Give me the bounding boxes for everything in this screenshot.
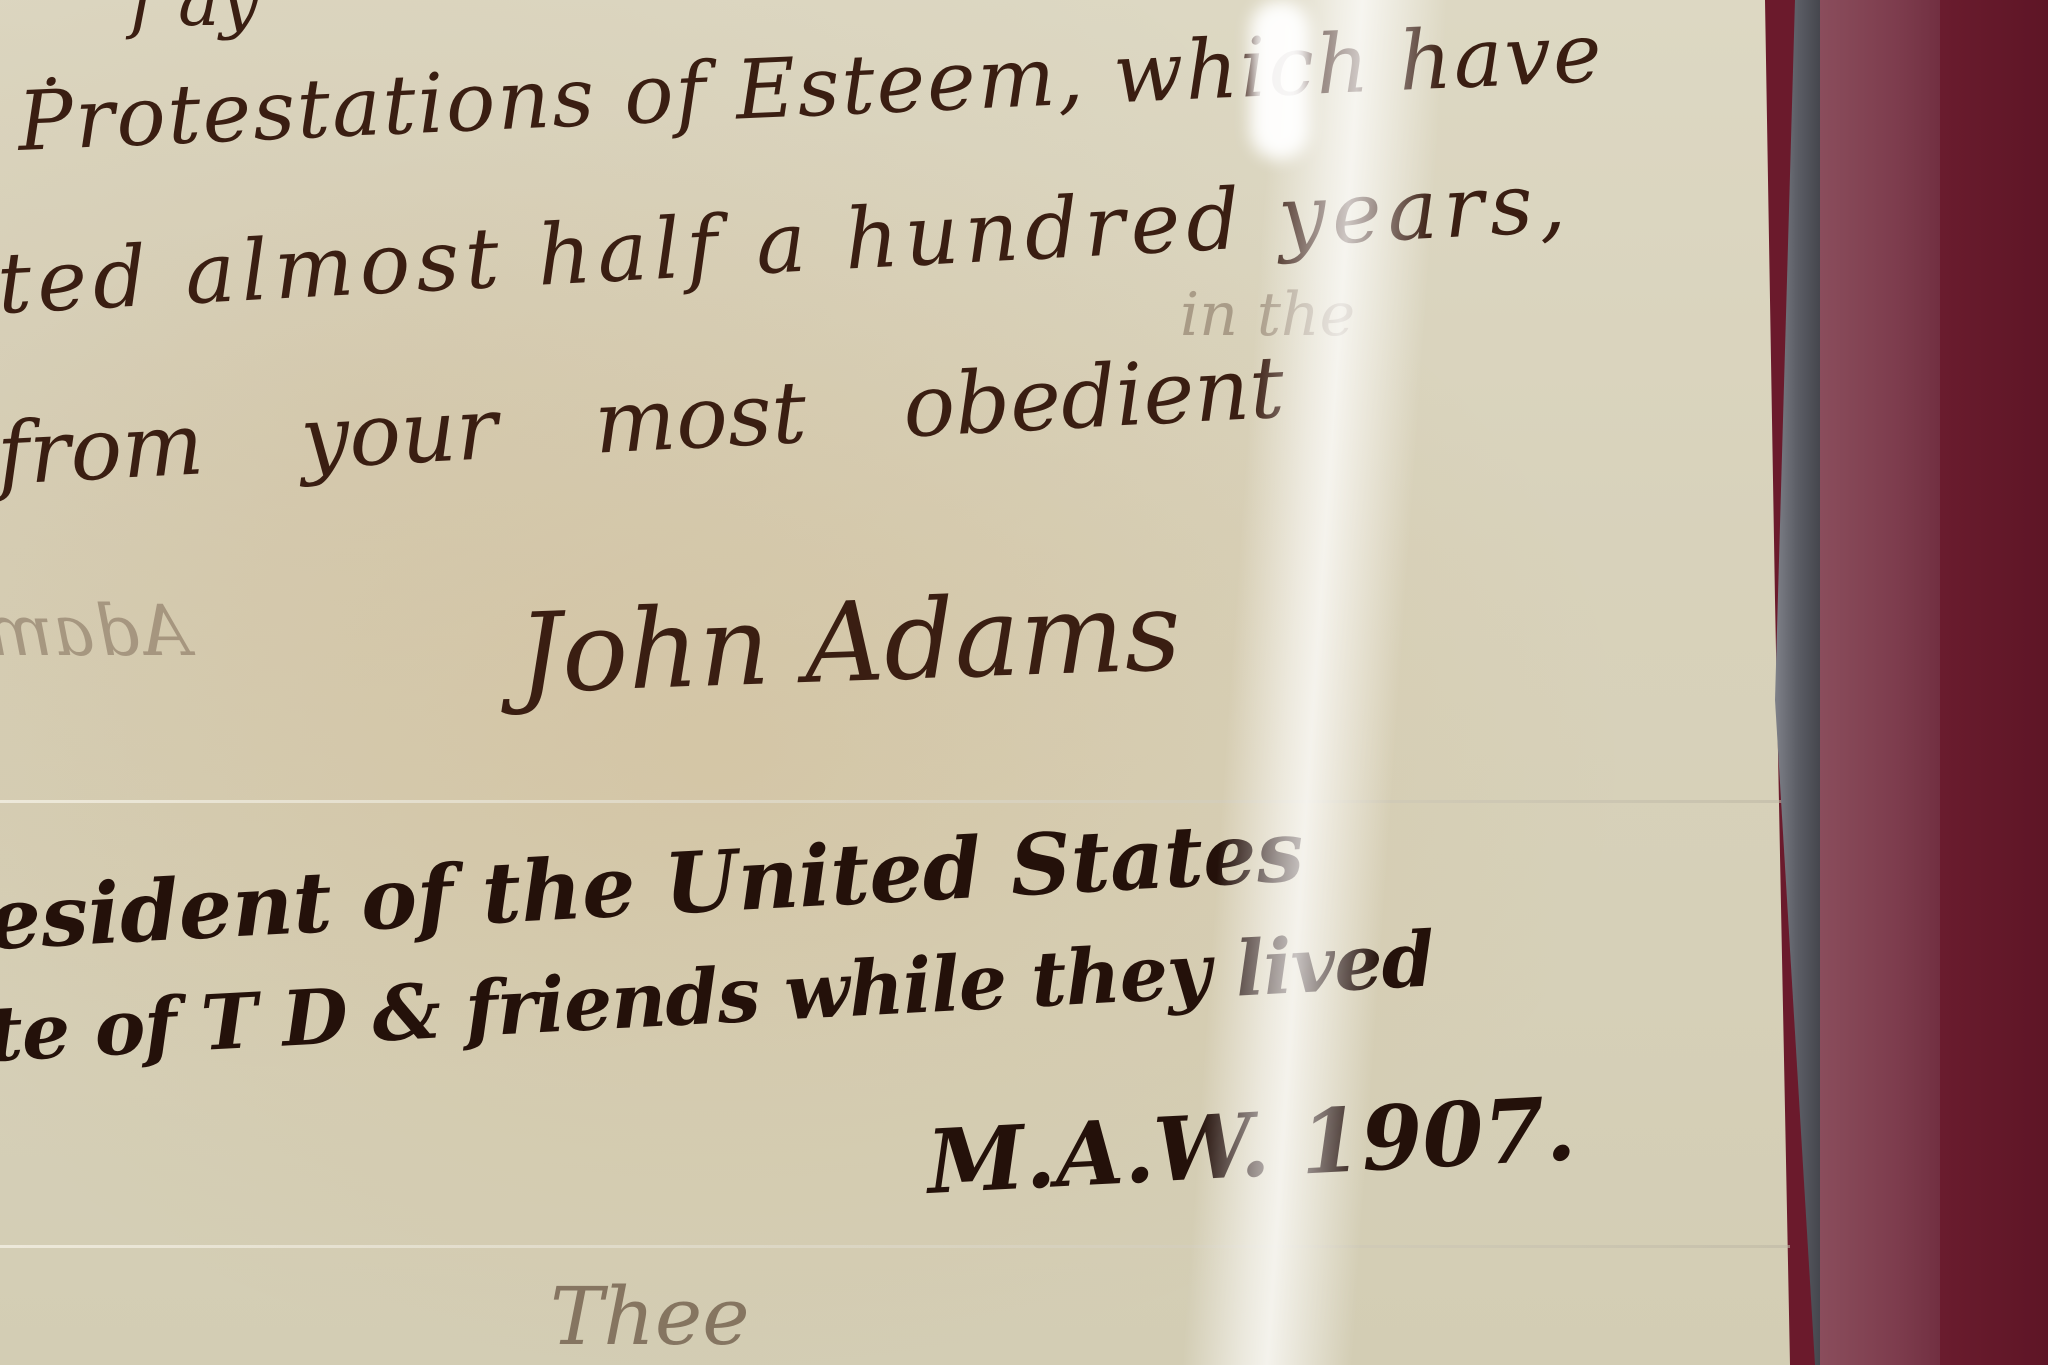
velvet-mat-highlight — [1820, 0, 1950, 1365]
signature: John Adams — [516, 567, 1183, 718]
bleedthrough-text: Adams — [0, 590, 190, 672]
glass-highlight — [1250, 0, 1310, 160]
velvet-mat — [1940, 0, 2048, 1365]
letter-line-fragment: f ay — [130, 0, 259, 42]
fold-line — [0, 1245, 1790, 1248]
fold-line — [0, 800, 1790, 803]
bleedthrough-text: Thee — [550, 1270, 750, 1363]
